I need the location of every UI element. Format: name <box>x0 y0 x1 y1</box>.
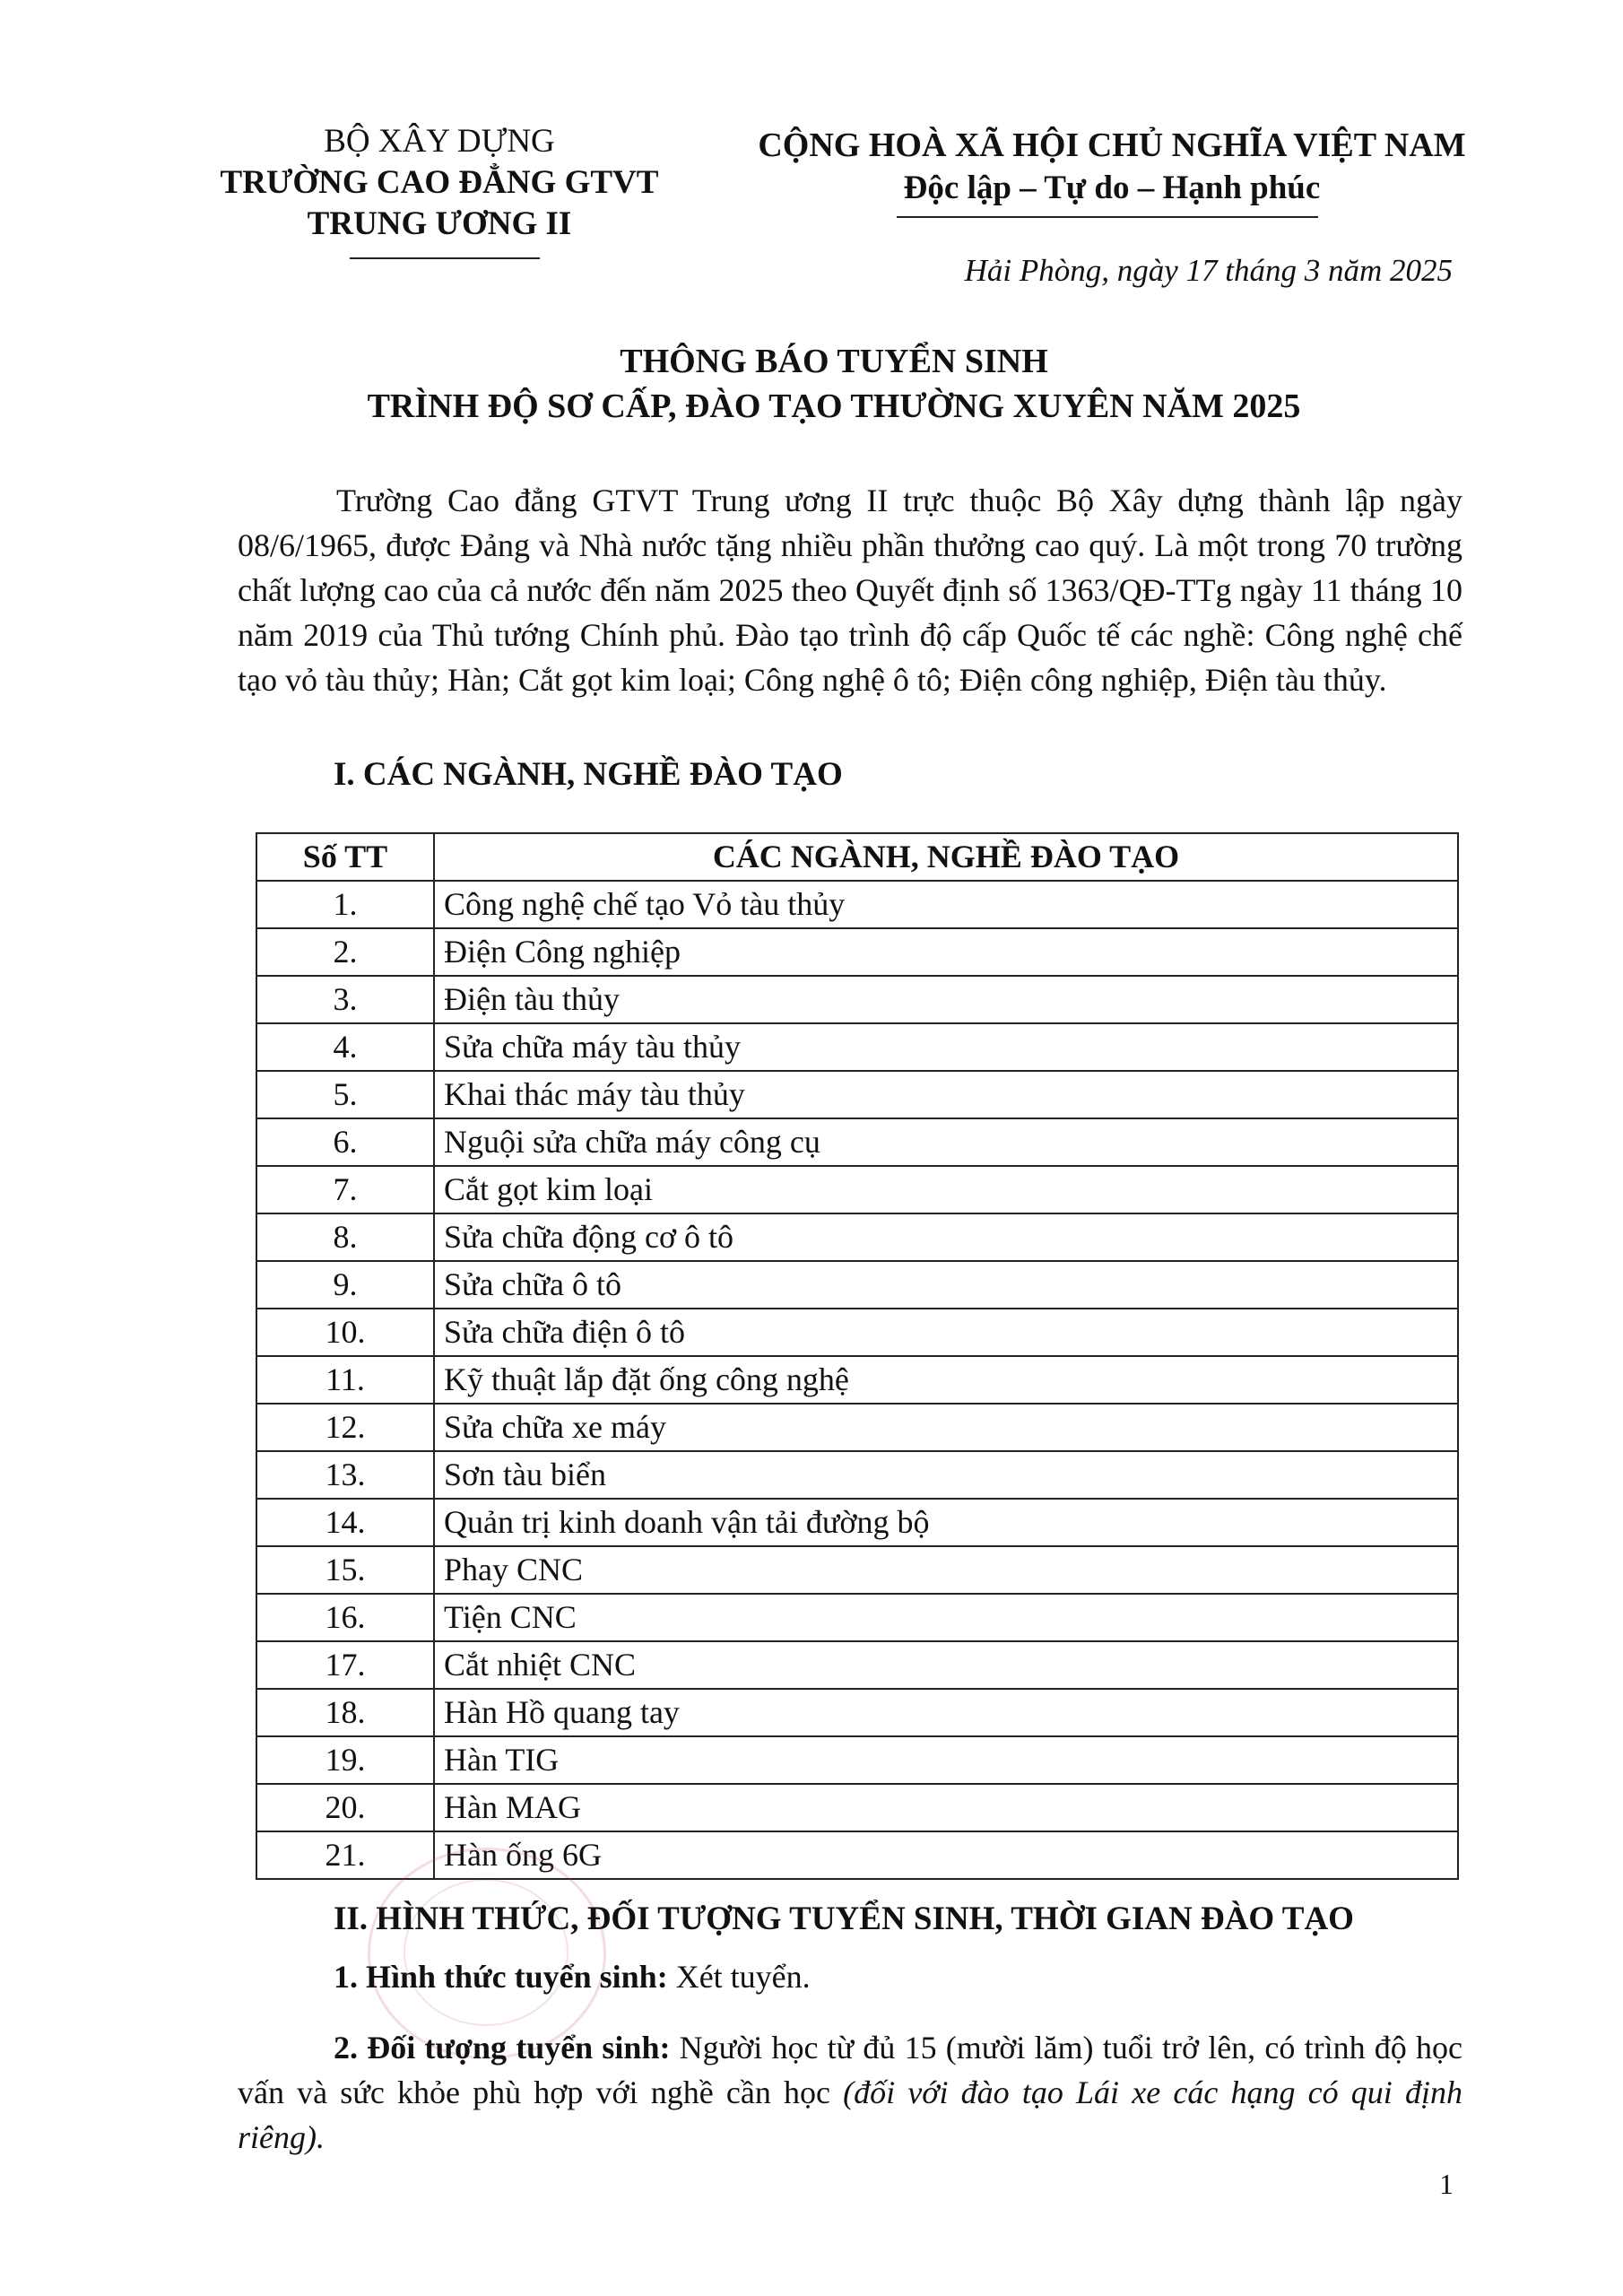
program-name: Sửa chữa điện ô tô <box>434 1309 1458 1356</box>
program-name: Cắt nhiệt CNC <box>434 1641 1458 1689</box>
admission-method-label: 1. Hình thức tuyển sinh: <box>334 1959 668 1995</box>
eligibility-label: 2. Đối tượng tuyển sinh: <box>334 2030 670 2066</box>
row-number: 9. <box>256 1261 434 1309</box>
title-line2: TRÌNH ĐỘ SƠ CẤP, ĐÀO TẠO THƯỜNG XUYÊN NĂ… <box>197 384 1471 429</box>
row-number: 3. <box>256 976 434 1023</box>
row-number: 12. <box>256 1404 434 1451</box>
program-name: Điện tàu thủy <box>434 976 1458 1023</box>
program-name: Điện Công nghiệp <box>434 928 1458 976</box>
program-name: Hàn Hồ quang tay <box>434 1689 1458 1736</box>
row-number: 20. <box>256 1784 434 1831</box>
programs-table: Số TT CÁC NGÀNH, NGHỀ ĐÀO TẠO 1.Công ngh… <box>256 832 1459 1880</box>
table-row: 19.Hàn TIG <box>256 1736 1458 1784</box>
section1-heading: I. CÁC NGÀNH, NGHỀ ĐÀO TẠO <box>334 755 843 794</box>
table-row: 13.Sơn tàu biển <box>256 1451 1458 1499</box>
row-number: 5. <box>256 1071 434 1118</box>
table-row: 5.Khai thác máy tàu thủy <box>256 1071 1458 1118</box>
row-number: 4. <box>256 1023 434 1071</box>
row-number: 17. <box>256 1641 434 1689</box>
title-line1: THÔNG BÁO TUYỂN SINH <box>197 339 1471 384</box>
ministry-name: BỘ XÂY DỰNG <box>197 121 681 162</box>
row-number: 7. <box>256 1166 434 1213</box>
program-name: Khai thác máy tàu thủy <box>434 1071 1458 1118</box>
table-header-row: Số TT CÁC NGÀNH, NGHỀ ĐÀO TẠO <box>256 833 1458 881</box>
program-name: Phay CNC <box>434 1546 1458 1594</box>
issuer-underline <box>350 257 540 259</box>
table-row: 8.Sửa chữa động cơ ô tô <box>256 1213 1458 1261</box>
table-row: 20.Hàn MAG <box>256 1784 1458 1831</box>
table-row: 12.Sửa chữa xe máy <box>256 1404 1458 1451</box>
nation-name: CỘNG HOÀ XÃ HỘI CHỦ NGHĨA VIỆT NAM <box>735 124 1488 167</box>
table-row: 17.Cắt nhiệt CNC <box>256 1641 1458 1689</box>
table-row: 4.Sửa chữa máy tàu thủy <box>256 1023 1458 1071</box>
program-name: Công nghệ chế tạo Vỏ tàu thủy <box>434 881 1458 928</box>
table-row: 7.Cắt gọt kim loại <box>256 1166 1458 1213</box>
section2-heading: II. HÌNH THỨC, ĐỐI TƯỢNG TUYỂN SINH, THỜ… <box>334 1900 1354 1938</box>
admission-eligibility: 2. Đối tượng tuyển sinh: Người học từ đủ… <box>238 2025 1462 2160</box>
row-number: 19. <box>256 1736 434 1784</box>
row-number: 13. <box>256 1451 434 1499</box>
table-row: 14.Quản trị kinh doanh vận tải đường bộ <box>256 1499 1458 1546</box>
program-name: Sửa chữa máy tàu thủy <box>434 1023 1458 1071</box>
table-row: 1.Công nghệ chế tạo Vỏ tàu thủy <box>256 881 1458 928</box>
school-name-line1: TRƯỜNG CAO ĐẲNG GTVT <box>197 162 681 204</box>
admission-method: 1. Hình thức tuyển sinh: Xét tuyển. <box>334 1958 811 1996</box>
row-number: 1. <box>256 881 434 928</box>
place-date: Hải Phòng, ngày 17 tháng 3 năm 2025 <box>807 253 1453 289</box>
row-number: 21. <box>256 1831 434 1879</box>
page-number: 1 <box>1439 2168 1454 2201</box>
row-number: 15. <box>256 1546 434 1594</box>
table-row: 11.Kỹ thuật lắp đặt ống công nghệ <box>256 1356 1458 1404</box>
table-row: 10.Sửa chữa điện ô tô <box>256 1309 1458 1356</box>
program-name: Sửa chữa động cơ ô tô <box>434 1213 1458 1261</box>
row-number: 18. <box>256 1689 434 1736</box>
program-name: Nguội sửa chữa máy công cụ <box>434 1118 1458 1166</box>
row-number: 2. <box>256 928 434 976</box>
table-row: 2.Điện Công nghiệp <box>256 928 1458 976</box>
national-motto: Độc lập – Tự do – Hạnh phúc <box>735 167 1488 210</box>
intro-paragraph: Trường Cao đẳng GTVT Trung ương II trực … <box>238 478 1462 702</box>
admission-method-value: Xét tuyển. <box>668 1959 811 1995</box>
issuer-block: BỘ XÂY DỰNG TRƯỜNG CAO ĐẲNG GTVT TRUNG Ư… <box>197 121 681 245</box>
table-row: 6.Nguội sửa chữa máy công cụ <box>256 1118 1458 1166</box>
table-row: 9.Sửa chữa ô tô <box>256 1261 1458 1309</box>
row-number: 6. <box>256 1118 434 1166</box>
row-number: 14. <box>256 1499 434 1546</box>
table-row: 18.Hàn Hồ quang tay <box>256 1689 1458 1736</box>
row-number: 10. <box>256 1309 434 1356</box>
row-number: 8. <box>256 1213 434 1261</box>
row-number: 11. <box>256 1356 434 1404</box>
col-header-no: Số TT <box>256 833 434 881</box>
table-row: 3.Điện tàu thủy <box>256 976 1458 1023</box>
program-name: Hàn MAG <box>434 1784 1458 1831</box>
national-header: CỘNG HOÀ XÃ HỘI CHỦ NGHĨA VIỆT NAM Độc l… <box>735 124 1488 210</box>
program-name: Sửa chữa xe máy <box>434 1404 1458 1451</box>
program-name: Tiện CNC <box>434 1594 1458 1641</box>
program-name: Quản trị kinh doanh vận tải đường bộ <box>434 1499 1458 1546</box>
school-name-line2: TRUNG ƯƠNG II <box>197 204 681 245</box>
table-row: 15.Phay CNC <box>256 1546 1458 1594</box>
program-name: Sơn tàu biển <box>434 1451 1458 1499</box>
col-header-program: CÁC NGÀNH, NGHỀ ĐÀO TẠO <box>434 833 1458 881</box>
program-name: Hàn TIG <box>434 1736 1458 1784</box>
motto-underline <box>897 216 1318 218</box>
document-title: THÔNG BÁO TUYỂN SINH TRÌNH ĐỘ SƠ CẤP, ĐÀ… <box>197 339 1471 429</box>
table-row: 16.Tiện CNC <box>256 1594 1458 1641</box>
program-name: Cắt gọt kim loại <box>434 1166 1458 1213</box>
program-name: Kỹ thuật lắp đặt ống công nghệ <box>434 1356 1458 1404</box>
program-name: Sửa chữa ô tô <box>434 1261 1458 1309</box>
row-number: 16. <box>256 1594 434 1641</box>
program-name: Hàn ống 6G <box>434 1831 1458 1879</box>
